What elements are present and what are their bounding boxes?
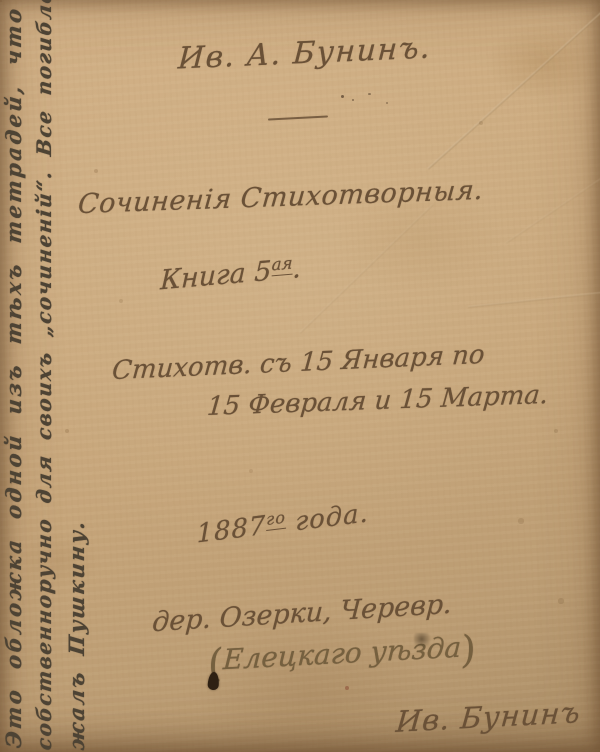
ink-speck (386, 102, 388, 104)
ink-speck (368, 93, 371, 95)
district-line: (Елецкаго уѣзда) (207, 627, 477, 685)
year-line: 1887го года. (196, 497, 369, 549)
year-ordinal: го (266, 508, 286, 532)
ink-speck (352, 99, 354, 101)
ink-speck (341, 95, 344, 98)
paper-crease (299, 204, 433, 334)
paper-crease (468, 291, 600, 308)
date-range-line-1: Стихотв. съ 15 Января по (111, 340, 486, 386)
book-period: . (292, 253, 302, 285)
ink-smudge (414, 633, 431, 648)
book-number-line: Книга 5ая. (160, 252, 302, 297)
paper-crease (505, 172, 600, 244)
author-signature: Ив. Бунинъ (395, 695, 583, 739)
rust-speck (345, 686, 349, 690)
author-name: Ив. А. Бунинъ. (177, 30, 432, 76)
manuscript-cover-page: Это обложка одной изъ тѣхъ тетрадей, что… (0, 0, 600, 752)
margin-note-line-1: Это обложка одной изъ тѣхъ тетрадей, что… (1, 0, 26, 749)
title-underline (268, 115, 328, 120)
margin-note: Это обложка одной изъ тѣхъ тетрадей, что… (0, 0, 96, 752)
district-close-paren: ) (460, 627, 477, 672)
margin-note-line-2: собственноручно для своихъ „сочиненій“. … (32, 0, 56, 751)
margin-note-line-3: жалъ Пушкину. (64, 518, 89, 751)
book-number: 5 (254, 256, 272, 289)
paper-crease (427, 9, 600, 170)
book-word: Книга (160, 258, 247, 297)
date-range-line-2: 15 Февраля и 15 Марта. (206, 380, 550, 422)
year-number: 1887 (196, 511, 266, 550)
book-ordinal: ая (271, 252, 293, 276)
year-word: года. (286, 498, 369, 538)
